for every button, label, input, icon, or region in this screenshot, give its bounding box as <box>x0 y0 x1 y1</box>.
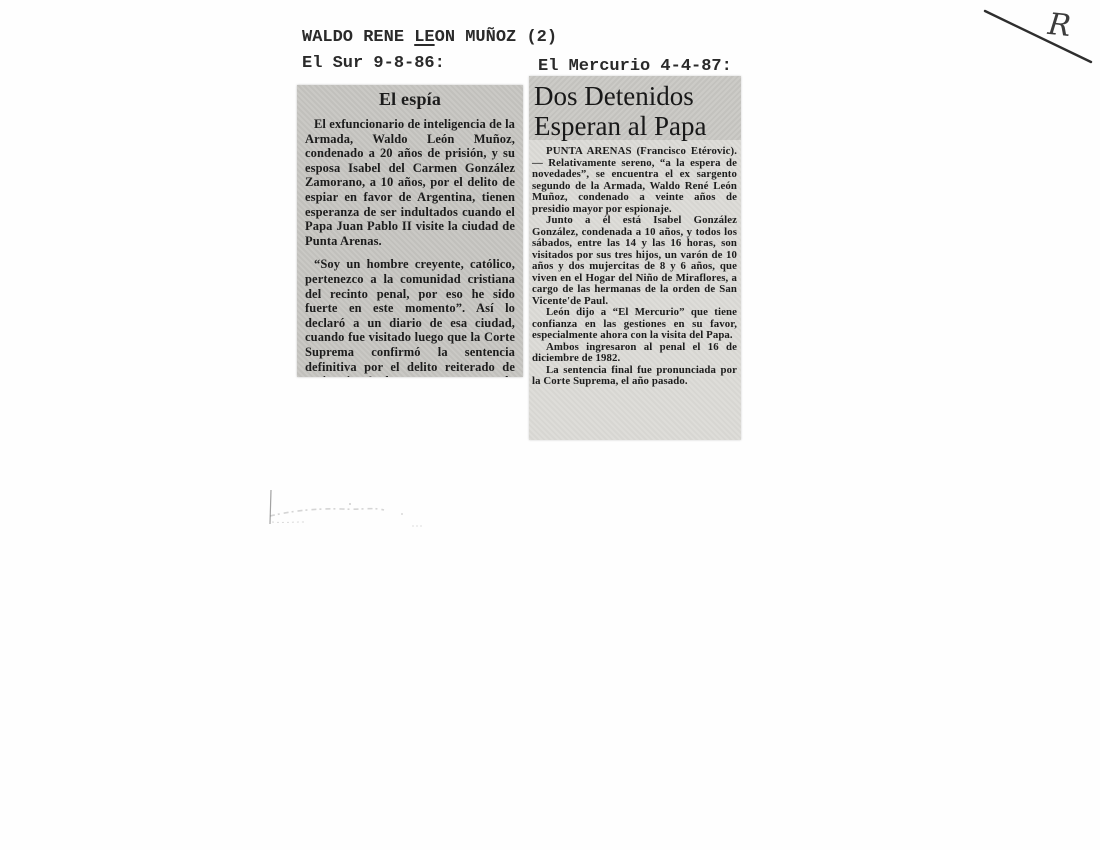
headline-line-1: Dos Detenidos <box>534 81 737 111</box>
clipping-el-sur: El espía El exfuncionario de inteligenci… <box>297 85 523 377</box>
headline-line-2: Esperan al Papa <box>534 111 737 141</box>
subject-name-underlined: LE <box>414 28 434 47</box>
clipping-el-sur-paragraph: El exfuncionario de inteligencia de la A… <box>305 117 515 248</box>
clipping-el-mercurio-body: PUNTA ARENAS (Francisco Etérovic).— Rela… <box>529 140 741 440</box>
clipping-el-mercurio-paragraph: Junto a él está Isabel González González… <box>532 215 737 307</box>
typed-source-el-sur: El Sur 9-8-86: <box>302 54 445 73</box>
pen-stroke-icon <box>955 0 1100 80</box>
typed-subject-name: WALDO RENE LEON MUÑOZ (2) <box>302 28 557 47</box>
clipping-el-sur-title: El espía <box>305 89 515 110</box>
scanned-document-page: { "header": { "name_pre": "WALDO RENE ",… <box>0 0 1100 850</box>
clipping-el-mercurio-paragraph: PUNTA ARENAS (Francisco Etérovic).— Rela… <box>532 146 737 215</box>
clipping-el-mercurio: Dos Detenidos Esperan al Papa PUNTA AREN… <box>529 76 741 440</box>
subject-name-post: ON MUÑOZ (2) <box>435 28 557 47</box>
subject-name-pre: WALDO RENE <box>302 28 414 47</box>
handwritten-letter-r: R <box>1046 7 1072 44</box>
clipping-el-mercurio-paragraph: La sentencia final fue pronunciada por l… <box>532 365 737 388</box>
clipping-el-sur-paragraph: “Soy un hombre creyente, católico, perte… <box>305 257 515 377</box>
clipping-el-mercurio-paragraph: León dijo a “El Mercurio” que tiene conf… <box>532 307 737 342</box>
typed-source-el-mercurio: El Mercurio 4-4-87: <box>538 57 732 76</box>
scan-smudge-icon <box>252 486 432 534</box>
clipping-el-mercurio-paragraph: Ambos ingresaron al penal el 16 de dicie… <box>532 342 737 365</box>
clipping-el-mercurio-headline: Dos Detenidos Esperan al Papa <box>529 76 741 140</box>
